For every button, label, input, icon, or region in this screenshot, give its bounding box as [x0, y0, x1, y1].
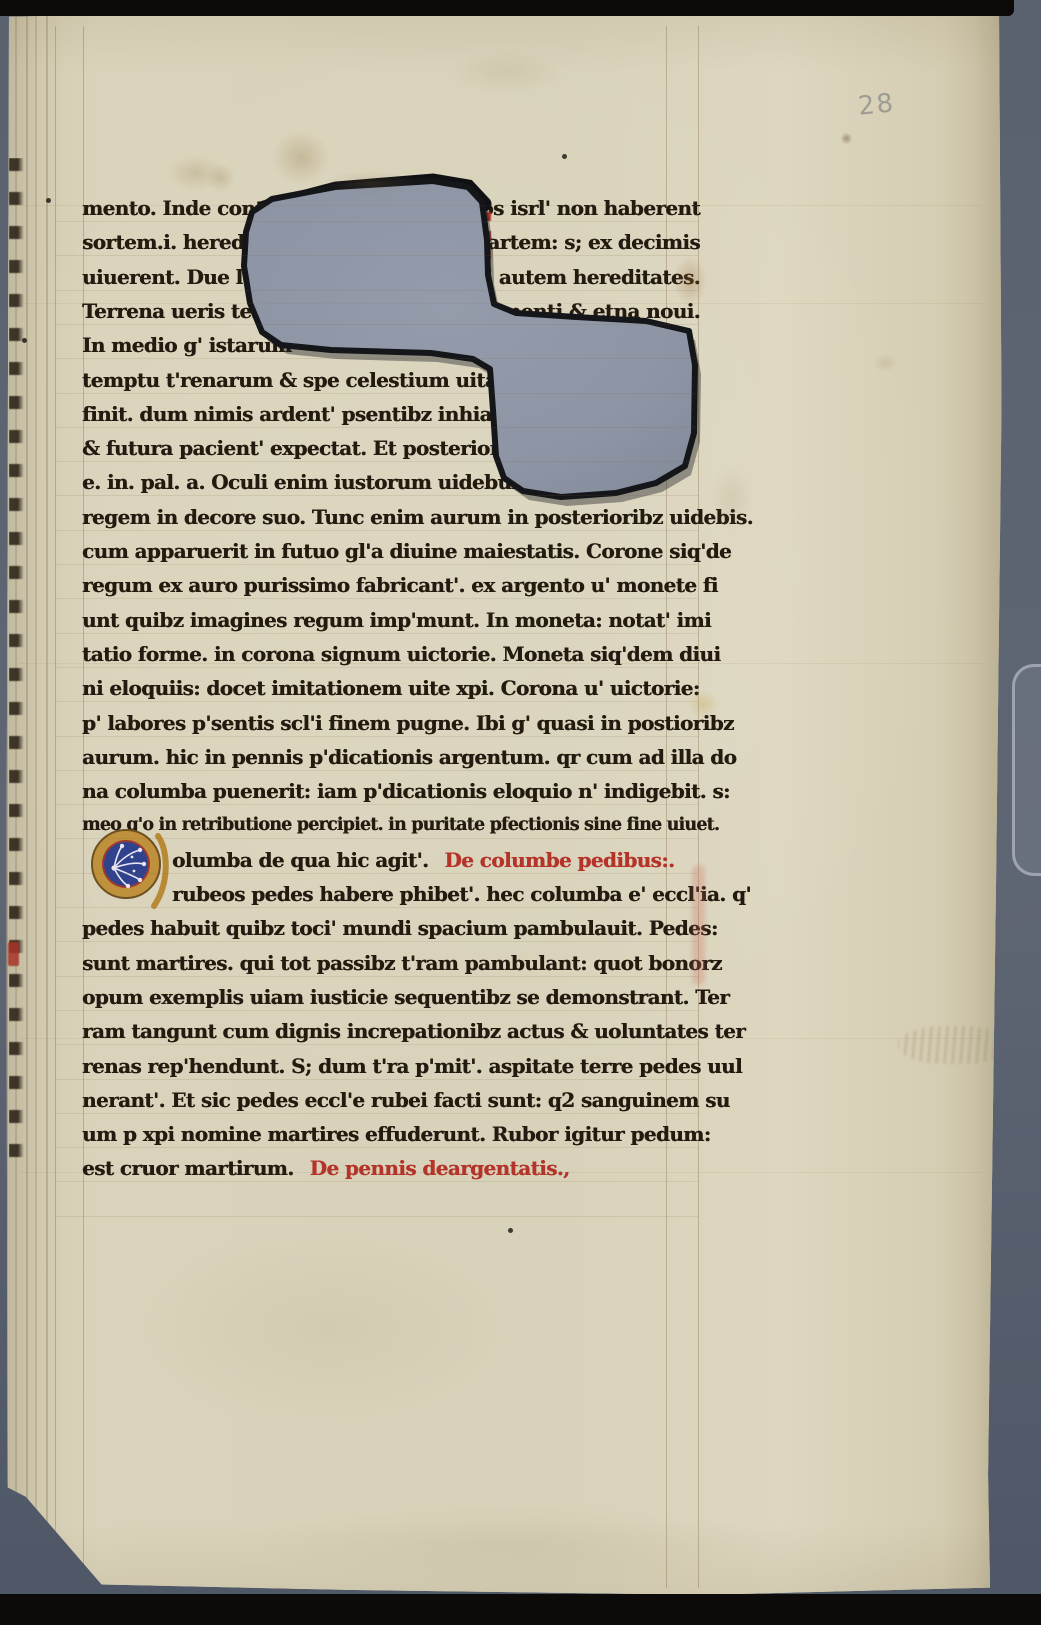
- parchment-stain: [126, 1488, 886, 1598]
- line-fragment-left: uiuerent. Due l: [82, 262, 243, 296]
- rubric: De pennis deargentatis.,: [294, 1156, 570, 1180]
- ink-show-through: [898, 1026, 1010, 1064]
- manuscript-line: um p xpi nomine martires effuderunt. Rub…: [82, 1119, 711, 1153]
- manuscript-line: renas rep'hendunt. S; dum t'ra p'mit'. a…: [82, 1051, 742, 1085]
- line-text: & futura pacient' expectat. Et posterior…: [82, 436, 559, 460]
- manuscript-line: regem in decore suo. Tunc enim aurum in …: [82, 502, 753, 536]
- manuscript-line: na columba puenerit: iam p'dicationis el…: [82, 776, 730, 810]
- line-fragment-left: sortem.i. heredita: [82, 227, 272, 261]
- line-text: tatio forme. in corona signum uictorie. …: [82, 642, 720, 666]
- line-fragment-left: Terrena ueris tes: [82, 296, 262, 330]
- manuscript-line: & futura pacient' expectat. Et posterior…: [82, 433, 559, 467]
- manuscript-line: nerant'. Et sic pedes eccl'e rubei facti…: [82, 1085, 730, 1119]
- manuscript-photo: 28 mento. Inde contigilos isrl' non habe…: [0, 0, 1041, 1625]
- parchment-stain: [201, 158, 241, 198]
- manuscript-page: 28 mento. Inde contigilos isrl' non habe…: [6, 8, 1002, 1602]
- folio-number: 28: [857, 88, 897, 122]
- transparent-retaining-strap: [1012, 664, 1041, 876]
- manuscript-line: uiuerent. Due lautem hereditates.: [82, 262, 700, 296]
- parchment-stain: [868, 350, 902, 376]
- line-text: regum ex auro purissimo fabricant'. ex a…: [82, 573, 718, 597]
- facing-page-red-fragment: [8, 942, 19, 966]
- illuminated-initial-c: C: [88, 824, 180, 916]
- pink-offset-smudge: [692, 865, 705, 985]
- manuscript-line: tatio forme. in corona signum uictorie. …: [82, 639, 720, 673]
- ink-speck: [508, 1228, 513, 1233]
- parchment-stain: [261, 120, 341, 195]
- ink-speck: [562, 154, 567, 159]
- line-text: est cruor martirum.: [82, 1156, 294, 1180]
- manuscript-line: In medio g' istarum: [82, 330, 700, 364]
- manuscript-line: temptu t'renarum & spe celestium uitam: [82, 365, 518, 399]
- line-fragment-right: los isrl' non haberent: [473, 193, 700, 227]
- line-text: pedes habuit quibz toci' mundi spacium p…: [82, 916, 718, 940]
- line-text: sunt martires. qui tot passibz t'ram pam…: [82, 951, 722, 975]
- manuscript-line: pedes habuit quibz toci' mundi spacium p…: [82, 913, 718, 947]
- line-fragment-right: menti & etna noui.: [500, 296, 700, 330]
- manuscript-line: est cruor martirum.De pennis deargentati…: [82, 1153, 570, 1187]
- manuscript-line: aurum. hic in pennis p'dicationis argent…: [82, 742, 736, 776]
- line-text: e. in. pal. a. Oculi enim iustorum uideb…: [82, 470, 534, 494]
- facing-page-text-fragments: [9, 158, 24, 1173]
- text-block: mento. Inde contigilos isrl' non haberen…: [82, 193, 712, 1223]
- photo-edge-top: [0, 0, 1014, 16]
- parchment-stain: [66, 1188, 586, 1468]
- line-text: nerant'. Et sic pedes eccl'e rubei facti…: [82, 1088, 730, 1112]
- manuscript-line: mento. Inde contigilos isrl' non haberen…: [82, 193, 700, 227]
- parchment-stain: [426, 42, 586, 102]
- manuscript-line: e. in. pal. a. Oculi enim iustorum uideb…: [82, 467, 534, 501]
- line-text: cum apparuerit in futuo gl'a diuine maie…: [82, 539, 731, 563]
- manuscript-line: opum exemplis uiam iusticie sequentibz s…: [82, 982, 729, 1016]
- manuscript-line: p' labores p'sentis scl'i finem pugne. I…: [82, 708, 734, 742]
- line-fragment-right: partem: s; ex decimis: [474, 227, 700, 261]
- line-fragment-right: autem hereditates.: [499, 262, 700, 296]
- red-text-fragment-at-cut: [484, 212, 491, 272]
- line-text: rubeos pedes habere phibet'. hec columba…: [172, 882, 751, 906]
- photo-edge-bottom: [0, 1594, 1041, 1625]
- line-text: temptu t'renarum & spe celestium uitam: [82, 368, 518, 392]
- line-text: olumba de qua hic agit'.: [172, 848, 428, 872]
- line-text: p' labores p'sentis scl'i finem pugne. I…: [82, 711, 734, 735]
- line-text: na columba puenerit: iam p'dicationis el…: [82, 779, 730, 803]
- manuscript-line: unt quibz imagines regum imp'munt. In mo…: [82, 605, 711, 639]
- line-text: aurum. hic in pennis p'dicationis argent…: [82, 745, 736, 769]
- manuscript-line: ram tangunt cum dignis increpationibz ac…: [82, 1016, 745, 1050]
- line-text: regem in decore suo. Tunc enim aurum in …: [82, 505, 753, 529]
- line-text: ram tangunt cum dignis increpationibz ac…: [82, 1019, 745, 1043]
- line-text: finit. dum nimis ardent' psentibz inhiat…: [82, 402, 507, 426]
- parchment-stain: [838, 130, 855, 147]
- manuscript-line: sortem.i. hereditapartem: s; ex decimis: [82, 227, 700, 261]
- manuscript-line: sunt martires. qui tot passibz t'ram pam…: [82, 948, 722, 982]
- line-text: opum exemplis uiam iusticie sequentibz s…: [82, 985, 729, 1009]
- manuscript-line: cum apparuerit in futuo gl'a diuine maie…: [82, 536, 731, 570]
- line-fragment-left: In medio g' istarum: [82, 330, 292, 364]
- parchment-stain: [156, 148, 236, 198]
- manuscript-line: rubeos pedes habere phibet'. hec columba…: [82, 879, 751, 913]
- manuscript-line: ni eloquiis: docet imitationem uite xpi.…: [82, 673, 700, 707]
- line-text: um p xpi nomine martires effuderunt. Rub…: [82, 1122, 711, 1146]
- line-text: renas rep'hendunt. S; dum t'ra p'mit'. a…: [82, 1054, 742, 1078]
- rubric: De columbe pedibus:.: [428, 848, 674, 872]
- manuscript-line: regum ex auro purissimo fabricant'. ex a…: [82, 570, 718, 604]
- line-fragment-left: mento. Inde contigi: [82, 193, 291, 227]
- manuscript-line: finit. dum nimis ardent' psentibz inhiat…: [82, 399, 507, 433]
- line-text: ni eloquiis: docet imitationem uite xpi.…: [82, 676, 700, 700]
- manuscript-line: Terrena ueris tesmenti & etna noui.: [82, 296, 700, 330]
- line-text: unt quibz imagines regum imp'munt. In mo…: [82, 608, 711, 632]
- ruling-line-vertical: [55, 26, 56, 1588]
